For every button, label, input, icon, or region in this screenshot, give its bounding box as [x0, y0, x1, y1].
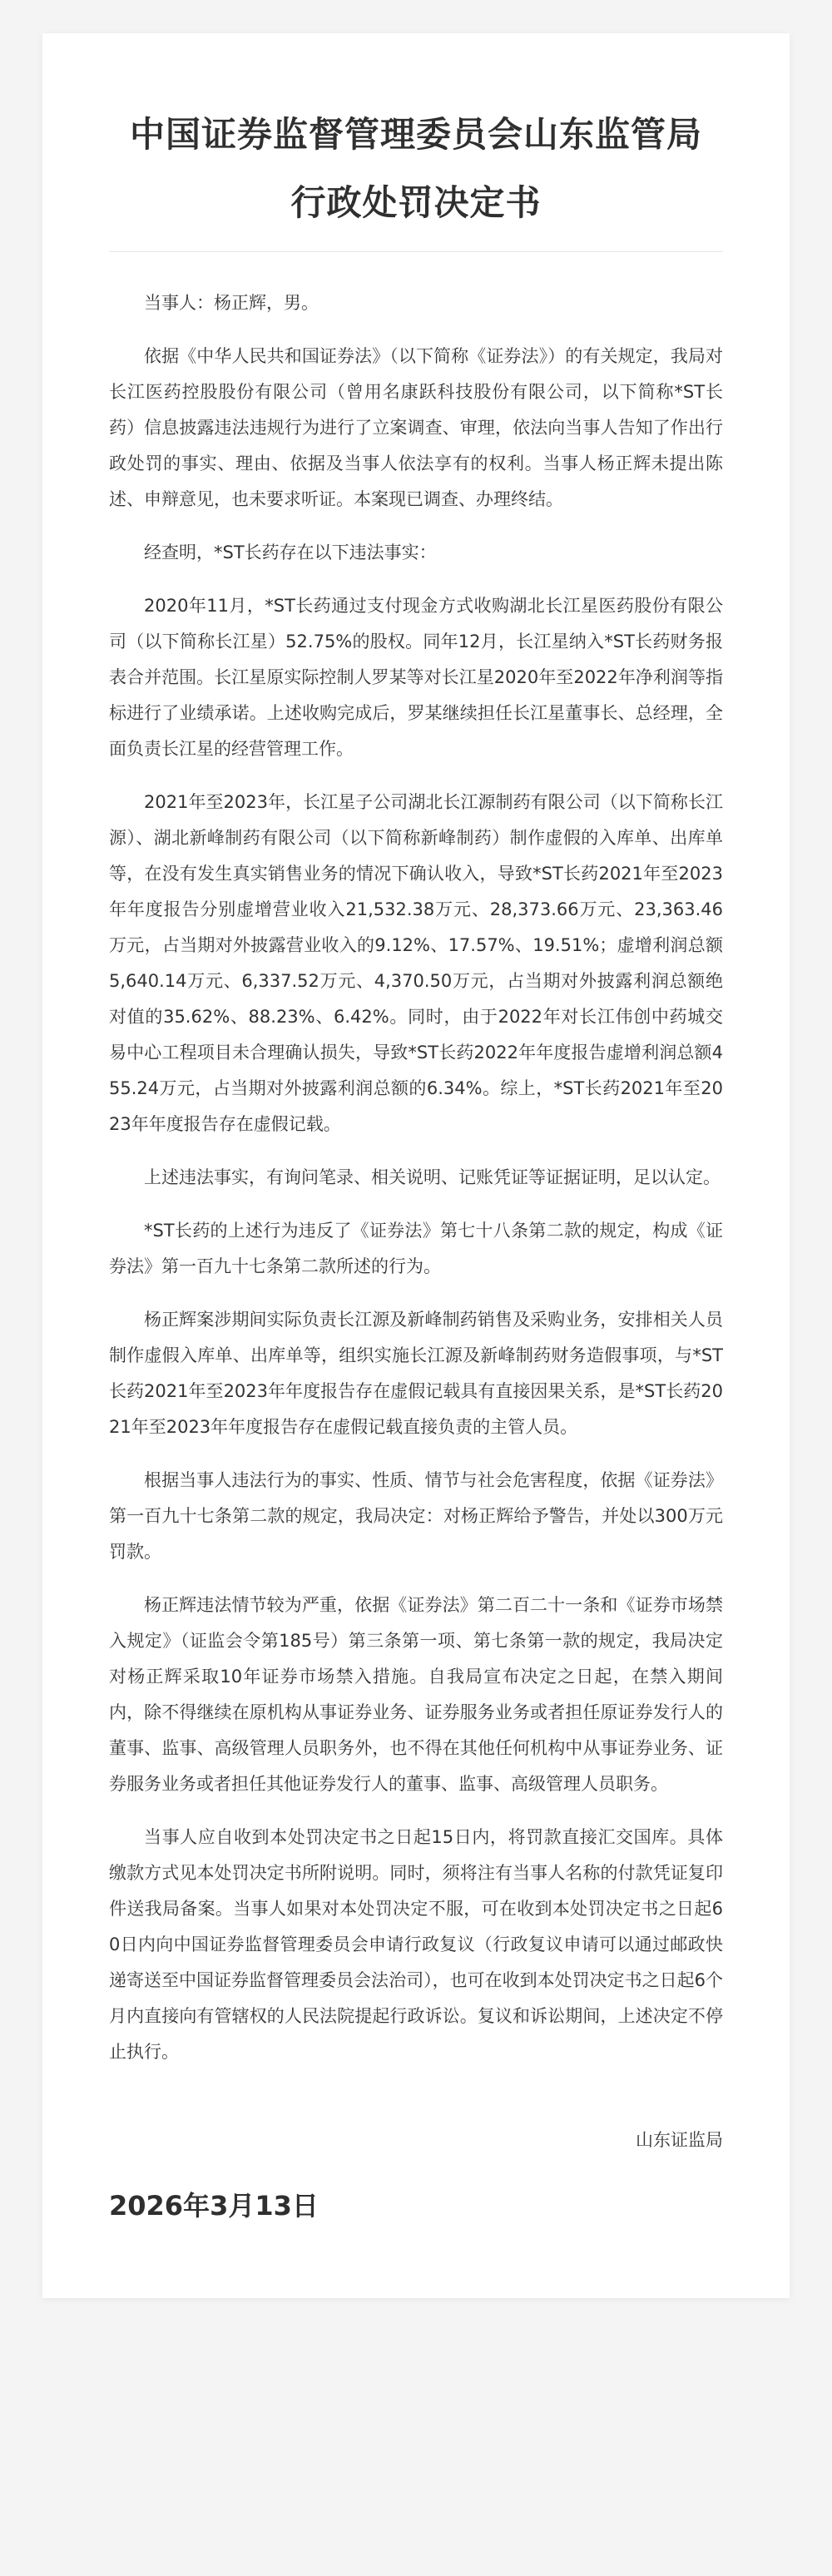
title-line-1: 中国证券监督管理委员会山东监管局	[109, 101, 723, 169]
paragraph-market-ban: 杨正辉违法情节较为严重，依据《证券法》第二百二十一条和《证券市场禁入规定》（证监…	[109, 1588, 723, 1802]
title-divider	[109, 251, 723, 252]
paragraph-false-records: 2021年至2023年，长江星子公司湖北长江源制药有限公司（以下简称长江源）、湖…	[109, 785, 723, 1142]
paragraph-payment-appeal: 当事人应自收到本处罚决定书之日起15日内，将罚款直接汇交国库。具体缴款方式见本处…	[109, 1820, 723, 2070]
paragraph-responsibility: 杨正辉案涉期间实际负责长江源及新峰制药销售及采购业务，安排相关人员制作虚假入库单…	[109, 1302, 723, 1445]
document-title: 中国证券监督管理委员会山东监管局 行政处罚决定书	[109, 101, 723, 237]
document-card: 中国证券监督管理委员会山东监管局 行政处罚决定书 当事人：杨正辉，男。 依据《中…	[42, 33, 790, 2298]
title-line-2: 行政处罚决定书	[109, 169, 723, 237]
paragraph-findings-intro: 经查明，*ST长药存在以下违法事实：	[109, 535, 723, 571]
paragraph-acquisition: 2020年11月，*ST长药通过支付现金方式收购湖北长江星医药股份有限公司（以下…	[109, 588, 723, 767]
paragraph-party: 当事人：杨正辉，男。	[109, 285, 723, 321]
paragraph-basis: 依据《中华人民共和国证券法》（以下简称《证券法》）的有关规定，我局对长江医药控股…	[109, 339, 723, 518]
document-body: 当事人：杨正辉，男。 依据《中华人民共和国证券法》（以下简称《证券法》）的有关规…	[109, 285, 723, 2070]
paragraph-evidence: 上述违法事实，有询问笔录、相关说明、记账凭证等证据证明，足以认定。	[109, 1160, 723, 1196]
paragraph-penalty: 根据当事人违法行为的事实、性质、情节与社会危害程度，依据《证券法》第一百九十七条…	[109, 1463, 723, 1570]
issuer-signature: 山东证监局	[109, 2123, 723, 2158]
paragraph-violation: *ST长药的上述行为违反了《证券法》第七十八条第二款的规定，构成《证券法》第一百…	[109, 1213, 723, 1285]
issue-date: 2026年3月13日	[109, 2187, 723, 2225]
